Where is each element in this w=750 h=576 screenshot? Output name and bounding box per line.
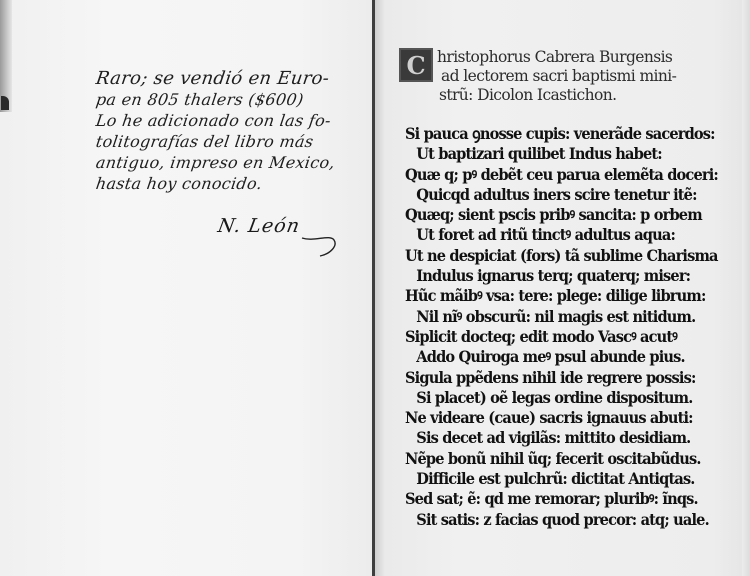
heading-line: strũ: Dicolon Icastichon.: [437, 86, 727, 105]
poem-line: Sed sat; ẽ: qd me remorar; pluribꝰ: ĩnqs…: [405, 489, 706, 509]
note-line: Raro; se vendió en Euro-: [95, 68, 368, 89]
poem-line: Ut baptizari quilibet Indus habet:: [405, 144, 706, 164]
book-spread: Raro; se vendió en Euro- pa en 805 thale…: [0, 0, 750, 576]
heading-line: hristophorus Cabrera Burgensis: [437, 48, 727, 67]
note-line: pa en 805 thalers ($600): [95, 89, 368, 110]
poem-line: Ut foret ad ritũ tinctꝰ adultus aqua:: [405, 225, 706, 245]
gutter-shadow: [375, 0, 385, 576]
note-line: tolitografías del libro más: [95, 131, 368, 152]
heading-line: ad lectorem sacri baptismi mini-: [437, 67, 727, 86]
poem-line: Sis decet ad vigilãs: mittito desidiam.: [405, 428, 706, 448]
signature-flourish-icon: [300, 232, 340, 258]
poem-line: Si pauca ꝯnosse cupis: venerãde sacerdos…: [405, 124, 706, 144]
printed-poem: Si pauca ꝯnosse cupis: venerãde sacerdos…: [405, 124, 725, 530]
note-line: Lo he adicionado con las fo-: [95, 110, 368, 131]
left-page: Raro; se vendió en Euro- pa en 805 thale…: [0, 0, 372, 576]
poem-line: Quæq; sient pscis pribꝰ sancita: p orbem: [405, 205, 706, 225]
signature: N. León: [216, 215, 302, 237]
previous-page-edge: [0, 0, 12, 112]
poem-line: Difficile est pulchrũ: dictitat Antiqtas…: [405, 469, 706, 489]
handwritten-note: Raro; se vendió en Euro- pa en 805 thale…: [96, 68, 366, 194]
poem-line: Ne videare (caue) sacris ignauus abuti:: [405, 408, 706, 428]
poem-line: Siplicit docteq; edit modo Vascꝰ acutꝰ: [405, 327, 706, 347]
note-line: antiguo, impreso en Mexico,: [95, 152, 368, 173]
poem-line: Quicqd adultus iners scire tenetur itẽ:: [405, 185, 706, 205]
poem-line: Ut ne despiciat (fors) tã sublime Charis…: [405, 246, 706, 266]
poem-line: Hũc mãibꝰ vsa: tere: plege: dilige libru…: [405, 286, 706, 306]
poem-line: Indulus ignarus terq; quaterq; miser:: [405, 266, 706, 286]
decorated-initial: C: [399, 48, 433, 82]
poem-line: Sigula ppẽdens nihil ide regrere possis:: [405, 368, 706, 388]
heading-text: hristophorus Cabrera Burgensis ad lector…: [437, 48, 727, 105]
edge-ink-mark: [1, 96, 9, 110]
poem-line: Addo Quiroga meꝰ psul abunde pius.: [405, 347, 706, 367]
note-line: hasta hoy conocido.: [95, 173, 368, 194]
poem-line: Nil nĩꝰ obscurũ: nil magis est nitidum.: [405, 307, 706, 327]
poem-line: Quæ q; pꝰ debẽt ceu parua elemẽta doceri…: [405, 165, 706, 185]
page-edge: [742, 0, 750, 576]
poem-line: Sit satis: z facias quod precor: atq; ua…: [405, 510, 706, 530]
poem-line: Si placet) oẽ legas ordine dispositum.: [405, 388, 706, 408]
poem-line: Nẽpe bonũ nihil ũq; fecerit oscitabũdus.: [405, 449, 706, 469]
